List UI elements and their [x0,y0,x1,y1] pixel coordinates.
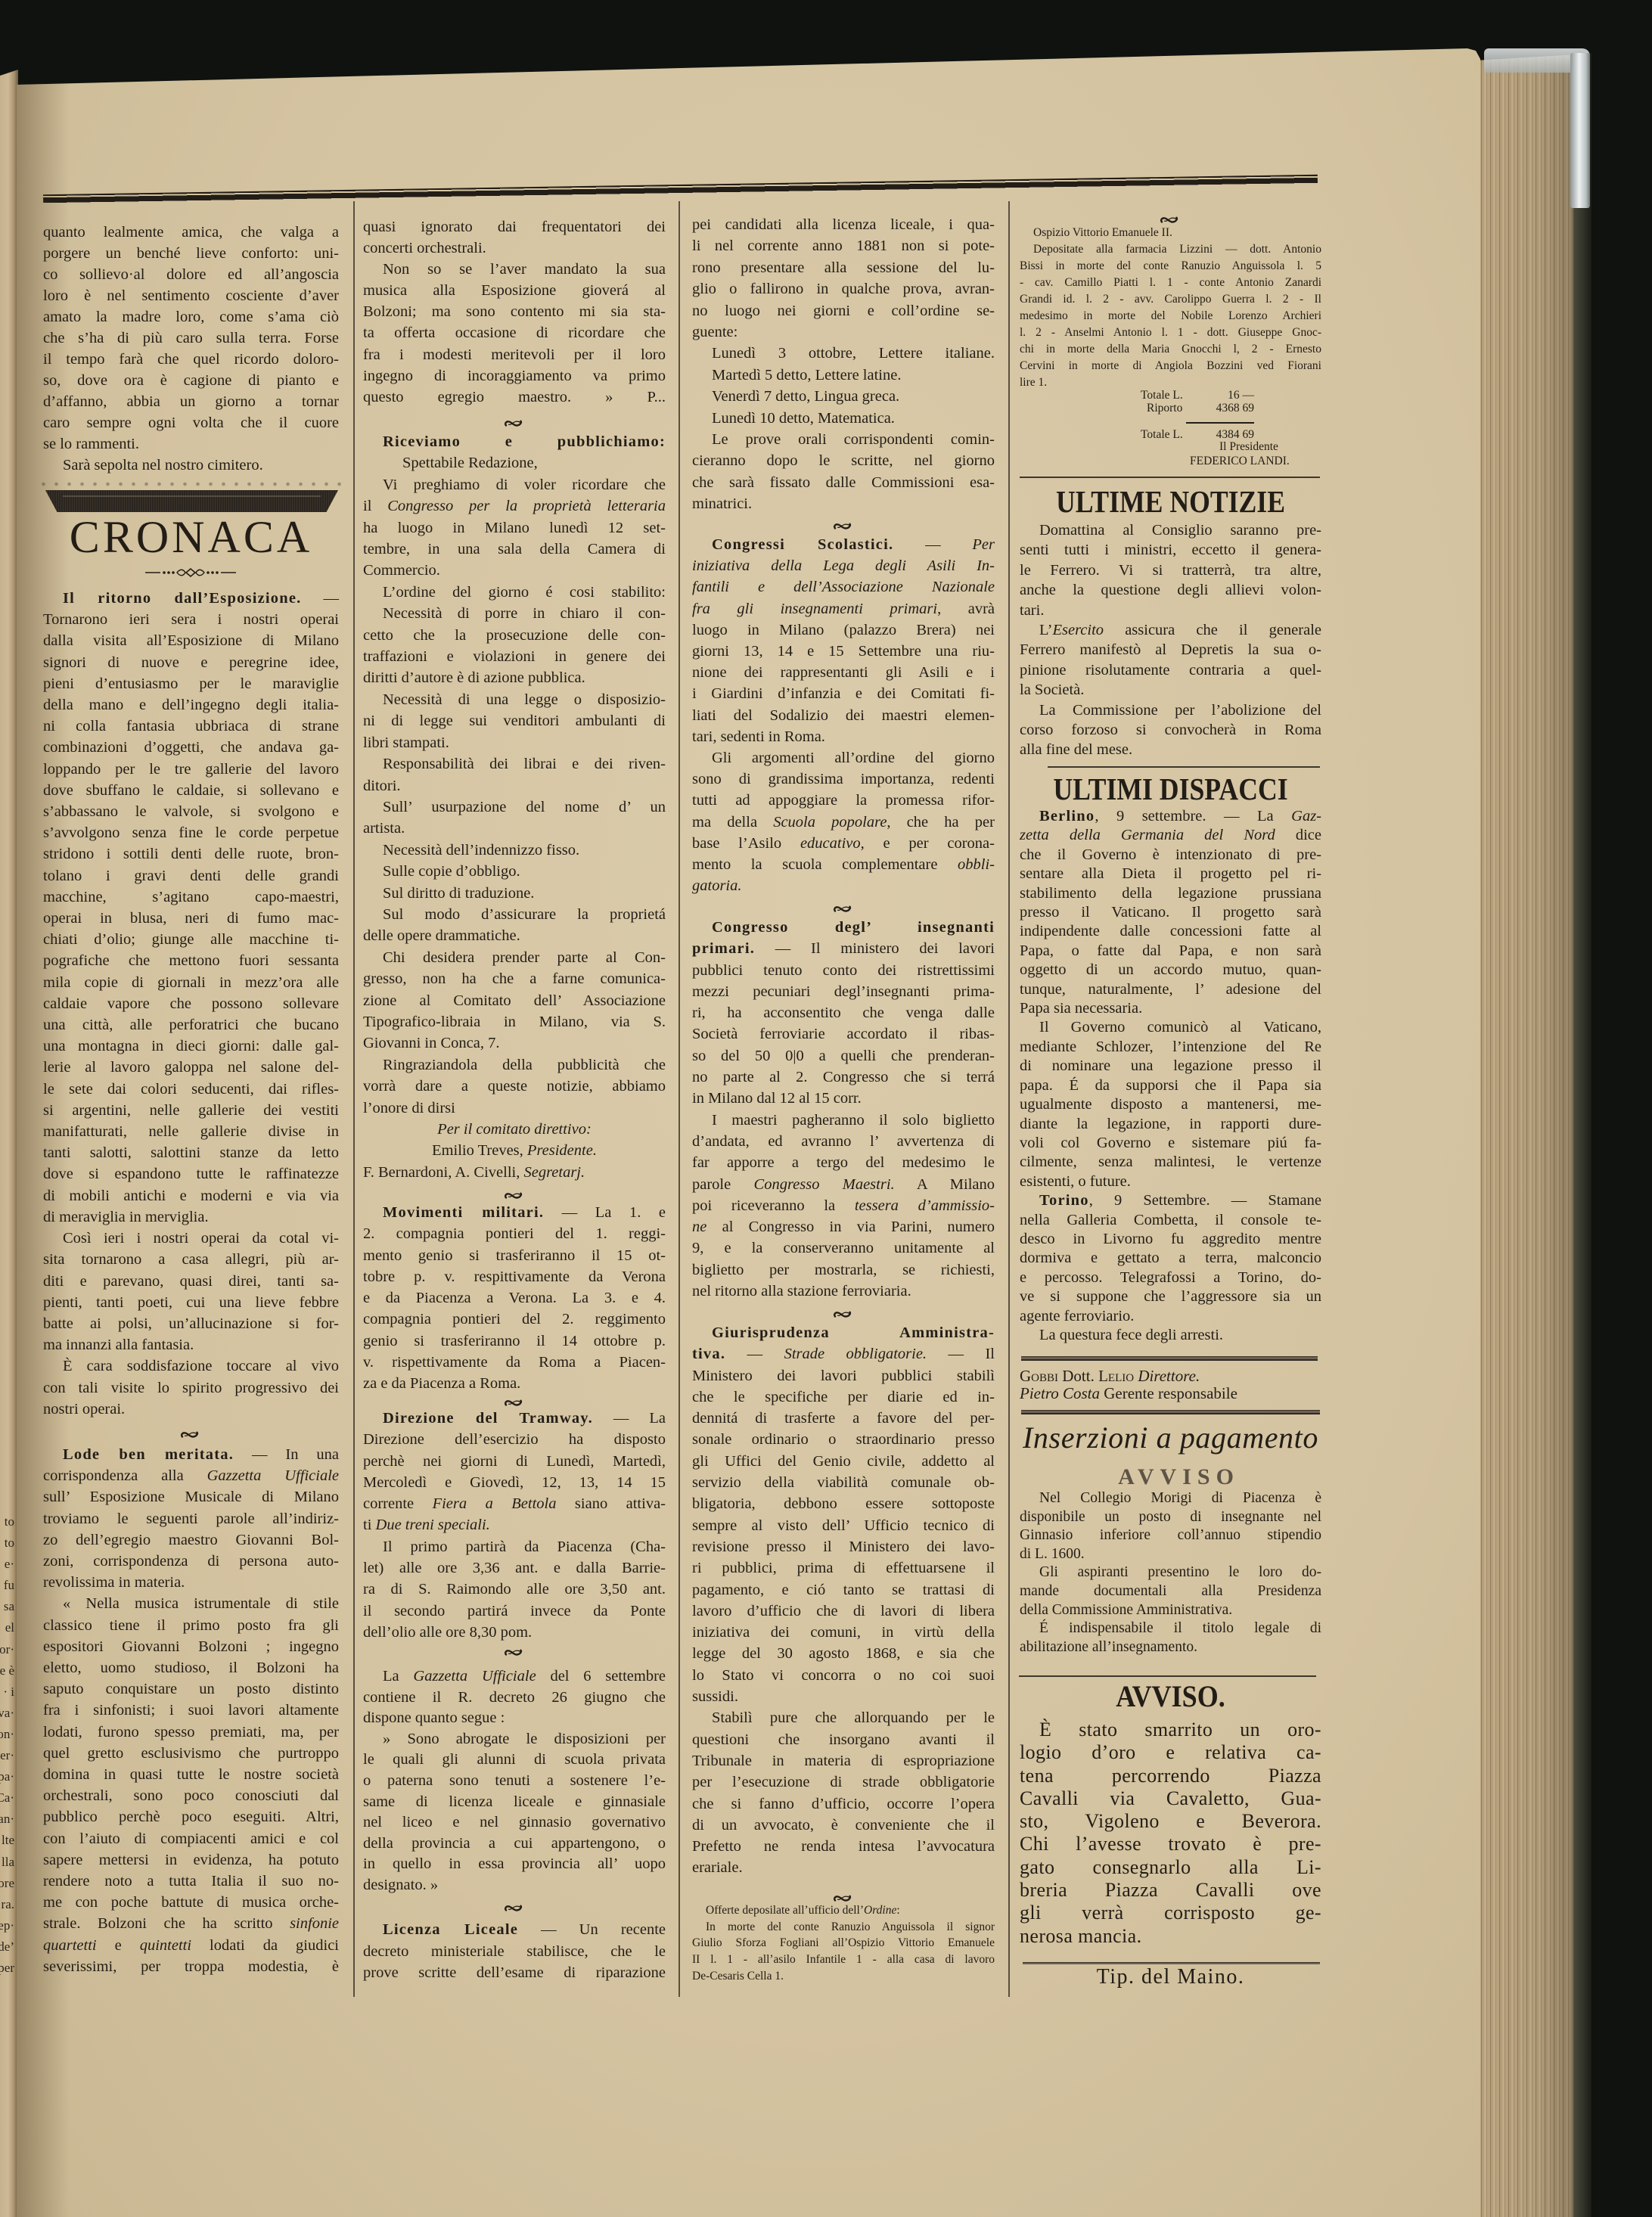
text-line: Lunedì 3 ottobre, Lettere italiane. [692,343,995,364]
text-line: papa. É da supporsi che il Papa sia [1020,1076,1321,1095]
paragraph: Per il comitato direttivo: [363,1119,666,1140]
paragraph: Ospizio Vittorio Emanuele II. [1020,225,1321,241]
text-line: combinazioni d’oggetti, che andava ga- [43,737,339,758]
text-line: classico tiene il primo posto fra gli [43,1615,339,1636]
text-line: decreto ministeriale stabilisce, che le [363,1941,666,1963]
heading-avviso-orologio: AVVISO. [1035,1681,1306,1712]
italic-text: Congresso Maestri. [754,1176,895,1193]
section-divider-swash-icon [833,1309,854,1319]
section-divider-swash-icon [180,1430,201,1439]
paragraph: per [0,1958,14,1979]
text-line: tena percorrendo Piazza [1020,1765,1321,1787]
text-line: erariale. [692,1857,995,1878]
italic-text: iniziativa della Lega degli Asili In- [692,557,995,574]
paragraph: er· [0,1745,14,1766]
decorative-border [34,478,350,490]
article-licenza-liceale: Licenza Liceale — Un recentedecreto mini… [363,1919,666,1984]
text-line: ha luogo in Milano lunedì 12 set- [363,517,666,539]
text-line: che si fanno d’ufficio, occorre l’opera [692,1793,995,1815]
masthead-rule-top [1021,1356,1318,1361]
text-line: dove si espandono tutte le raffinatezze [43,1163,339,1185]
section-divider-swash-icon [833,521,854,531]
text-line: ni di legge sui venditori ambulanti di [363,710,666,731]
paragraph: Torino, 9 Settembre. — Stamanenella Gall… [1020,1191,1321,1326]
text-line: Licenza Liceale — Un recente [363,1919,666,1941]
text-line: di nominare una legazione presso il [1020,1057,1321,1076]
column-separator [678,201,680,1997]
italic-text: ne [692,1219,706,1235]
totals-sum-rule [1186,422,1254,424]
text-line: operai in blusa, neri di fumo mac- [43,908,339,929]
text-line: artista. [363,818,666,839]
text-line: ma innanzi alla fantasia. [43,1334,339,1355]
text-line: quasi ignorato dai frequentatori dei [363,216,666,238]
text-line: tembre, in una sala della Camera di [363,539,666,560]
section-title-cronaca: CRONACA [43,514,339,560]
binding-clip-side [1570,53,1590,208]
text-line: sa [0,1596,14,1617]
text-line: che le specifiche per diarie ed in- [692,1386,995,1408]
text-line: mezzi pecuniari degl’insegnanti prima- [692,981,995,1002]
italic-text: Direttore. [1138,1367,1200,1385]
text-line: della provincia a cui appartengono, o [363,1834,666,1855]
text-line: tiva. — Strade obbligatorie. — Il [692,1343,995,1365]
text-line: Necessità di una legge o disposizio- [363,689,666,710]
text-line: same di licenza liceale e ginnasiale [363,1792,666,1813]
heading-ultimi-dispacci: ULTIMI DISPACCI [1039,774,1302,805]
text-line: con l’aiuto di compiacenti amici e col [43,1828,339,1849]
text-line: Lode ben meritata. — In una [43,1444,339,1465]
article-bolzoni-continuation: quasi ignorato dai frequentatori deiconc… [363,216,666,408]
totals-row-carried: Riporto 4368 69 [1141,402,1254,415]
bold-heading: Berlino [1039,808,1095,824]
text-line: Non so se l’aver mandato la sua [363,259,666,280]
text-line: Cavalli via Cavaletto, Gua- [1020,1787,1321,1810]
text-line: corrente Fiera a Bettola siano attiva- [363,1493,666,1514]
text-line: È stato smarrito un oro- [1020,1719,1321,1741]
text-line: Gobbi Dott. Lelio Direttore. [1020,1368,1321,1385]
italic-text: fra gli insegnamenti primari [692,601,937,617]
text-line: Direzione dell’esercizio ha disposto [363,1429,666,1450]
text-line: se lo rammenti. [43,433,339,455]
text-line: La questura fece degli arresti. [1020,1326,1321,1345]
text-line: libri stampati. [363,732,666,753]
text-line: revolissima in materia. [43,1572,339,1593]
italic-text: Fiera a Bettola [433,1495,557,1512]
text-line: Ginnasio inferiore coll’annuo stipendio [1020,1526,1321,1545]
article-giurisprudenza-amministrativa: Giurisprudenza Amministra-tiva. — Strade… [692,1322,995,1879]
italic-text: Scuola popolare [773,814,887,831]
paragraph: Sul modo d’assicurare la proprietádelle … [363,904,666,947]
text-line: i Giardini d’infanzia e dei Comitati fi- [692,683,995,704]
text-line: mila copie di giornali in mezz’ora alle [43,972,339,993]
text-line: glio o fallirono in qualche prova, avran… [692,278,995,300]
section-divider-swash-icon [504,1398,525,1408]
text-line: quartetti e quintetti lodati da giudici [43,1935,339,1956]
text-line: questo egregio maestro. » P... [363,387,666,408]
text-line: mediante Schlozer, l’intenzione del Re [1020,1038,1321,1057]
donations-list-lizzini: Ospizio Vittorio Emanuele II.Depositate … [1020,225,1321,391]
paragraph: Nel Collegio Morigi di Piacenza èdisponi… [1020,1489,1321,1563]
text-line: presso il Vaticano. Il progetto sarà [1020,903,1321,922]
text-line: in quello in essa provincia all’ uopo [363,1854,666,1875]
text-line: bligatoria, debbono essere sottoposte [692,1493,995,1514]
text-line: Ospizio Vittorio Emanuele II. [1020,225,1321,241]
text-line: tobre p. v. respittivamente da Verona [363,1266,666,1287]
paragraph: La Commissione per l’abolizione delcorso… [1020,700,1321,760]
text-line: an· [0,1809,14,1830]
italic-text: quartetti [43,1937,97,1954]
text-line: er· [0,1745,14,1766]
text-line: lodati, furono spesso premiati, ma, per [43,1722,339,1743]
paragraph: Il Governo comunicò al Vaticano,mediante… [1020,1018,1321,1191]
section-divider-swash-icon [504,1647,525,1657]
paragraph: Domattina al Consiglio saranno pre-senti… [1020,520,1321,620]
paragraph: Ringraziandola della pubblicità chevorrà… [363,1054,666,1119]
text-line: designato. » [363,1875,666,1896]
paragraph: Lunedì 3 ottobre, Lettere italiane. [692,343,995,364]
text-line: lte [0,1830,14,1851]
article-ritorno-esposizione: Il ritorno dall’Esposizione. —Tornarono … [43,588,339,1420]
text-line: porgere un benché lieve conforto: uni- [43,243,339,264]
text-line: base l’Asilo educativo, e per corona- [692,833,995,854]
text-line: on· [0,1724,14,1745]
section-rule [1019,1675,1316,1677]
paragraph: Così ieri i nostri operai da cotal vi-si… [43,1228,339,1355]
section-rule [1048,766,1320,768]
article-direzione-tramway: Direzione del Tramway. — LaDirezione del… [363,1408,666,1643]
text-line: Sul modo d’assicurare la proprietá [363,904,666,925]
text-line: caro sempre ogni volta che il cuore [43,412,339,433]
text-line: Offerte deposilate all’ufficio dell’Ordi… [692,1902,995,1919]
paragraph: Necessità dell’indennizzo fisso. [363,840,666,861]
text-line: una città, alle perforatrici che bucano [43,1014,339,1036]
text-line: nostri operai. [43,1399,339,1420]
text-line: che sarà fissato dalle Commissioni esa- [692,472,995,493]
article-congresso-insegnanti: Congresso degl’ insegnantiprimari. — Il … [692,917,995,1302]
text-line: dell’olio alle ore 8,30 pom. [363,1622,666,1643]
text-line: nel ritorno alla stazione ferroviaria. [692,1281,995,1302]
paragraph: lte [0,1830,14,1851]
text-line: Domattina al Consiglio saranno pre- [1020,520,1321,540]
text-line: stridono i sottili denti delle ruote, br… [43,843,339,865]
text-line: d’andata, ed avranno l’ avvertenza di [692,1131,995,1152]
text-line: ep· [0,1915,14,1936]
paragraph: lla [0,1852,14,1873]
article-movimenti-militari: Movimenti militari. — La 1. e2. compagni… [363,1202,666,1395]
paragraph: Berlino, 9 settembre. — La Gaz-zetta del… [1020,807,1321,1018]
text-line: Giulio Sforza Fogliani all’Ospizio Vitto… [692,1935,995,1952]
totals-label: Riporto [1147,402,1182,415]
text-line: Direzione del Tramway. — La [363,1408,666,1429]
italic-text: quintetti [140,1937,191,1954]
text-line: gli Uffici del Genio civile, addetto al [692,1451,995,1472]
paragraph: Ca· [0,1787,14,1809]
text-line: pinione risolutamente contraria a quel- [1020,660,1321,680]
text-line: pubblici tenuto conto dei ristrettissimi [692,960,995,981]
paragraph: va· [0,1703,14,1724]
paragraph: · i [0,1681,14,1703]
text-line: ve si suppone che l’aggressore sia un [1020,1287,1321,1306]
text-line: fra i modesti meritevoli per il loro [363,344,666,365]
paragraph: Il primo partirà da Piacenza (Cha-let) a… [363,1536,666,1643]
text-line: corrispondenza alla Gazzetta Ufficiale [43,1465,339,1486]
paragraph: Sull’ usurpazione del nome d’ unartista. [363,796,666,840]
text-line: ra di S. Raimondo alle ore 3,50 ant. [363,1579,666,1600]
paragraph: Gli aspiranti presentino le loro do-mand… [1020,1563,1321,1619]
text-line: contiene il R. decreto 26 giugno che [363,1688,666,1709]
text-line: nerosa mancia. [1020,1925,1321,1948]
text-line: ti Due treni speciali. [363,1514,666,1535]
text-line: Spettabile Redazione, [363,452,666,474]
paragraph: Pietro Costa Gerente responsabile [1020,1385,1321,1402]
text-line: Così ieri i nostri operai da cotal vi- [43,1228,339,1249]
text-line: ri, ha acconsentito che venga dalle [692,1002,995,1023]
text-line: fra i sinfonisti; i suoi lavori altament… [43,1700,339,1721]
paragraph: Sarà sepolta nel nostro cimitero. [43,455,339,476]
text-line: l. 2 - Anselmi Antonio l. 1 - dott. Gius… [1020,324,1321,341]
paragraph: Martedì 5 detto, Lettere latine. [692,365,995,386]
text-line: me con poche battute di musica orche- [43,1892,339,1913]
paragraph: de’ [0,1936,14,1958]
section-divider-swash-icon [504,1903,525,1913]
paragraph: Offerte deposilate all’ufficio dell’Ordi… [692,1902,995,1919]
heading-ultime-notizie: ULTIME NOTIZIE [1039,486,1302,517]
paragraph: quasi ignorato dai frequentatori deiconc… [363,216,666,259]
text-line: il tempo farà che quel ricordo doloro- [43,349,339,370]
paragraph: Stabilì pure che allorquando per lequest… [692,1707,995,1878]
text-line: pagamento, e ció tanto se trattasi di [692,1579,995,1601]
text-line: cieranno dopo le scritte, nel giorno [692,450,995,471]
text-line: Martedì 5 detto, Lettere latine. [692,365,995,386]
text-line: e da Piacenza a Verona. La 3. e 4. [363,1287,666,1309]
text-line: liati del Sodalizio dei maestri elemen- [692,705,995,726]
paragraph: É indispensabile il titolo legale diabil… [1020,1619,1321,1657]
text-line: tutti ad appoggiare la promessa rifor- [692,790,995,811]
paragraph: Emilio Treves, Presidente. [363,1140,666,1161]
text-line: voli col Governo e sistemare piú fa- [1020,1134,1321,1153]
paragraph: Sul diritto di traduzione. [363,883,666,904]
text-line: mento la scuola complementare obbli- [692,854,995,875]
text-line: macchine, s’agitano capo-maestri, [43,886,339,908]
text-line: perchè nei giorni di Lunedì, Martedì, [363,1451,666,1472]
paragraph: F. Bernardoni, A. Civelli, Segretarj. [363,1162,666,1183]
text-line: É indispensabile il titolo legale di [1020,1619,1321,1638]
text-line: dalla visita all’Esposizione di Milano [43,630,339,651]
header-double-rule [43,175,1318,203]
text-line: breria Piazza Cavalli ove [1020,1879,1321,1902]
italic-text: Due treni speciali. [376,1517,490,1533]
paragraph: Sulle copie d’obbligo. [363,861,666,882]
text-line: Mercoledì e Giovedì, 12, 13, 14 15 [363,1472,666,1493]
text-line: Gli argomenti all’ordine del giorno [692,747,995,768]
text-line: quel gretto esclusivismo che purtroppo [43,1743,339,1764]
text-line: pa· [0,1766,14,1787]
text-line: che s’ha di più caro sulla terra. Forse [43,328,339,349]
text-line: no parte al 2. Congresso che si terrá [692,1067,995,1088]
italic-text: Per [972,536,995,553]
text-line: manifatturati, nelle gallerie divise in [43,1121,339,1142]
text-line: gatoria. [692,875,995,896]
text-line: agente ferroviario. [1020,1307,1321,1326]
text-line: ingegno di incoraggiamento va primo [363,365,666,387]
ultime-notizie-body: Domattina al Consiglio saranno pre-senti… [1020,520,1321,760]
text-line: Necessità dell’indennizzo fisso. [363,840,666,861]
italic-text: fantili e dell’Associazione Nazionale [692,579,995,595]
text-line: esistenti, o future. [1020,1172,1321,1191]
italic-text: gatoria. [692,877,742,894]
text-line: Sulle copie d’obbligo. [363,861,666,882]
text-line: fra gli insegnamenti primari, avrà [692,598,995,619]
text-line: poi riceveranno la tessera d’ammissio- [692,1195,995,1216]
paragraph: Direzione del Tramway. — LaDirezione del… [363,1408,666,1536]
text-line: chi in morte della Maria Gnocchi l, 2 - … [1020,341,1321,358]
text-line: caldaie vapore che possono sollevare [43,993,339,1014]
paragraph: Gli argomenti all’ordine del giornosono … [692,747,995,896]
text-line: lavoro d’ufficio che di lavori di libera [692,1601,995,1622]
bold-heading: Congressi Scolastici. [712,536,893,553]
text-line: sussidi. [692,1686,995,1707]
text-line: dennitá di trasferte a favore del per- [692,1408,995,1429]
text-line: Depositate alla farmacia Lizzini — dott.… [1020,241,1321,258]
text-line: il Congresso per la proprietà letteraria [363,495,666,517]
text-line: iniziativa dei comuni, in virtù della [692,1622,995,1643]
text-line: or· [0,1639,14,1660]
text-line: Movimenti militari. — La 1. e [363,1202,666,1223]
text-line: Bolzoni; ma sono contento mi sia sta- [363,301,666,322]
text-line: dove sbuffano le caldaie, si sollevano e [43,780,339,801]
text-line: senti tutti i ministri, eccetto il gener… [1020,540,1321,560]
text-line: strale. Bolzoni che ha scritto sinfonie [43,1913,339,1934]
section-divider-swash-icon [504,418,525,428]
text-line: biglietto per mostrarla, se richiesti, [692,1259,995,1281]
text-line: e· [0,1554,14,1575]
text-line: alla fine del mese. [1020,740,1321,759]
text-line: · i [0,1681,14,1703]
text-line: sapere mettersi in evidenza, ha potuto [43,1849,339,1871]
text-line: 2. compagnia pontieri del 1. reggi- [363,1223,666,1244]
text-line: Necessità di porre in chiaro il con- [363,603,666,624]
text-line: Grandi id. l. 2 - avv. Carolippo Guerra … [1020,291,1321,308]
italic-text: Gazzetta Ufficiale [413,1668,536,1684]
paragraph: Non so se l’aver mandato la suamusica al… [363,259,666,408]
bold-heading: tiva. [692,1346,725,1362]
text-line: sempre al visto dell’ Ufficio tecnico di [692,1515,995,1536]
paragraph: ep· [0,1915,14,1936]
text-line: l’onore di dirsi [363,1098,666,1119]
text-line: di mobili antichi e moderni e via via [43,1185,339,1206]
text-line: Pietro Costa Gerente responsabile [1020,1385,1321,1402]
text-line: La Gazzetta Ufficiale del 6 settembre [363,1666,666,1688]
section-divider-swash-icon [833,904,854,914]
paragraph: Il ritorno dall’Esposizione. —Tornarono … [43,588,339,1228]
text-line: ni colla fantasia ubbriaca di strane [43,716,339,737]
bold-heading: Movimenti militari. [383,1204,544,1221]
text-line: pieni d’entusiasmo per le maraviglie [43,673,339,694]
text-line: sita tornarono a casa allegri, più ar- [43,1249,339,1270]
text-line: ditori. [363,775,666,796]
text-line: ra. [0,1894,14,1915]
text-line: Sarà sepolta nel nostro cimitero. [43,455,339,476]
paragraph: Vi preghiamo di voler ricordare cheil Co… [363,474,666,582]
text-line: traffazioni e violazioni in genere dei [363,646,666,667]
text-line: so, dove ora è cagione di pianto e [43,370,339,391]
text-line: di meraviglia in merviglia. [43,1206,339,1228]
totals-value: 4368 69 [1216,402,1254,415]
text-line: logio d’oro e relativa ca- [1020,1741,1321,1764]
text-line: delle opere drammatiche. [363,925,666,946]
italic-text: Segretarj. [523,1164,585,1181]
paragraph: L’ordine del giorno é cosi stabilito: [363,582,666,603]
text-line: revisione presso il Ministero dei lavo- [692,1536,995,1557]
text-line: Tipografico-libraia in Milano, via S. [363,1011,666,1032]
text-line: È cara soddisfazione toccare al vivo [43,1355,339,1377]
section-rule [1020,477,1320,478]
text-line: batte ai polsi, un’allucinazione si for- [43,1313,339,1334]
text-line: pienti, tanti poeti, cui una lieve febbr… [43,1292,339,1313]
text-line: prove scritte dell’esame di riparazione [363,1962,666,1984]
text-line: fantili e dell’Associazione Nazionale [692,576,995,598]
text-line: Torino, 9 Settembre. — Stamane [1020,1191,1321,1210]
ultimi-dispacci-body: Berlino, 9 settembre. — La Gaz-zetta del… [1020,807,1321,1345]
heading-inserzioni-a-pagamento: Inserzioni a pagamento [1020,1423,1321,1453]
text-line: gato consegnarlo alla Li- [1020,1856,1321,1879]
bold-heading: Congresso degl’ insegnanti [712,919,995,936]
text-line: la Società. [1020,680,1321,700]
italic-text: Gazzetta Ufficiale [207,1467,339,1484]
book-binding [1573,53,1591,2217]
text-line: eletto, uomo studioso, il Bolzoni ha [43,1657,339,1678]
text-line: Papa sia necessaria. [1020,999,1321,1018]
paragraph: Giurisprudenza Amministra-tiva. — Strade… [692,1322,995,1707]
text-line: Congresso degl’ insegnanti [692,917,995,938]
text-line: medesimo in morte del Nobile Lorenzo Arc… [1020,308,1321,324]
text-line: le sete dai colori seducenti, dai rifles… [43,1079,339,1100]
text-line: concerti orchestrali. [363,238,666,259]
paragraph: el [0,1617,14,1638]
text-line: guente: [692,321,995,343]
text-line: d’affanno, abbia un giorno a tornar [43,391,339,412]
paragraph: Lunedì 10 detto, Matematica. [692,408,995,429]
text-line: dispone quanto segue : [363,1708,666,1729]
text-line: La Commissione per l’abolizione del [1020,700,1321,720]
paragraph: ore [0,1873,14,1894]
italic-text: Pietro Costa [1020,1384,1100,1402]
text-line: della Commissione Amministrativa. [1020,1601,1321,1620]
text-line: vorrà dare a queste notizie, abbiamo [363,1076,666,1097]
text-line: Ferrero manifestò al Depretis la sua o- [1020,640,1321,660]
text-line: Berlino, 9 settembre. — La Gaz- [1020,807,1321,826]
title-flourish-icon [144,568,238,577]
text-line: domina in quasi tutte le nostre società [43,1764,339,1785]
text-line: Tribunale in materia di espropriazione [692,1750,995,1771]
text-line: sonale ordinario o straordinario presso [692,1429,995,1450]
paragraph: to [0,1532,14,1554]
italic-text: Per il comitato direttivo: [437,1121,592,1138]
text-line: Ca· [0,1787,14,1809]
text-line: che il Governo è intenzionato di pre- [1020,846,1321,865]
text-line: Le prove orali corrispondenti comin- [692,429,995,450]
paragraph: Movimenti militari. — La 1. e2. compagni… [363,1202,666,1395]
text-line: dormiva e gettato a terra, malconcio [1020,1249,1321,1268]
text-line: Per il comitato direttivo: [363,1119,666,1140]
text-line: in Milano dal 12 al 15 corr. [692,1088,995,1109]
text-line: no luogo nei giorni e coll’ordine se- [692,300,995,321]
text-line: 9, e la conserveranno unitamente al [692,1237,995,1259]
text-line: loro è nel sentimento cosciente d’aver [43,285,339,306]
small-caps-text: Gobbi [1020,1367,1058,1385]
text-line: Giovanni in Conca, 7. [363,1032,666,1054]
